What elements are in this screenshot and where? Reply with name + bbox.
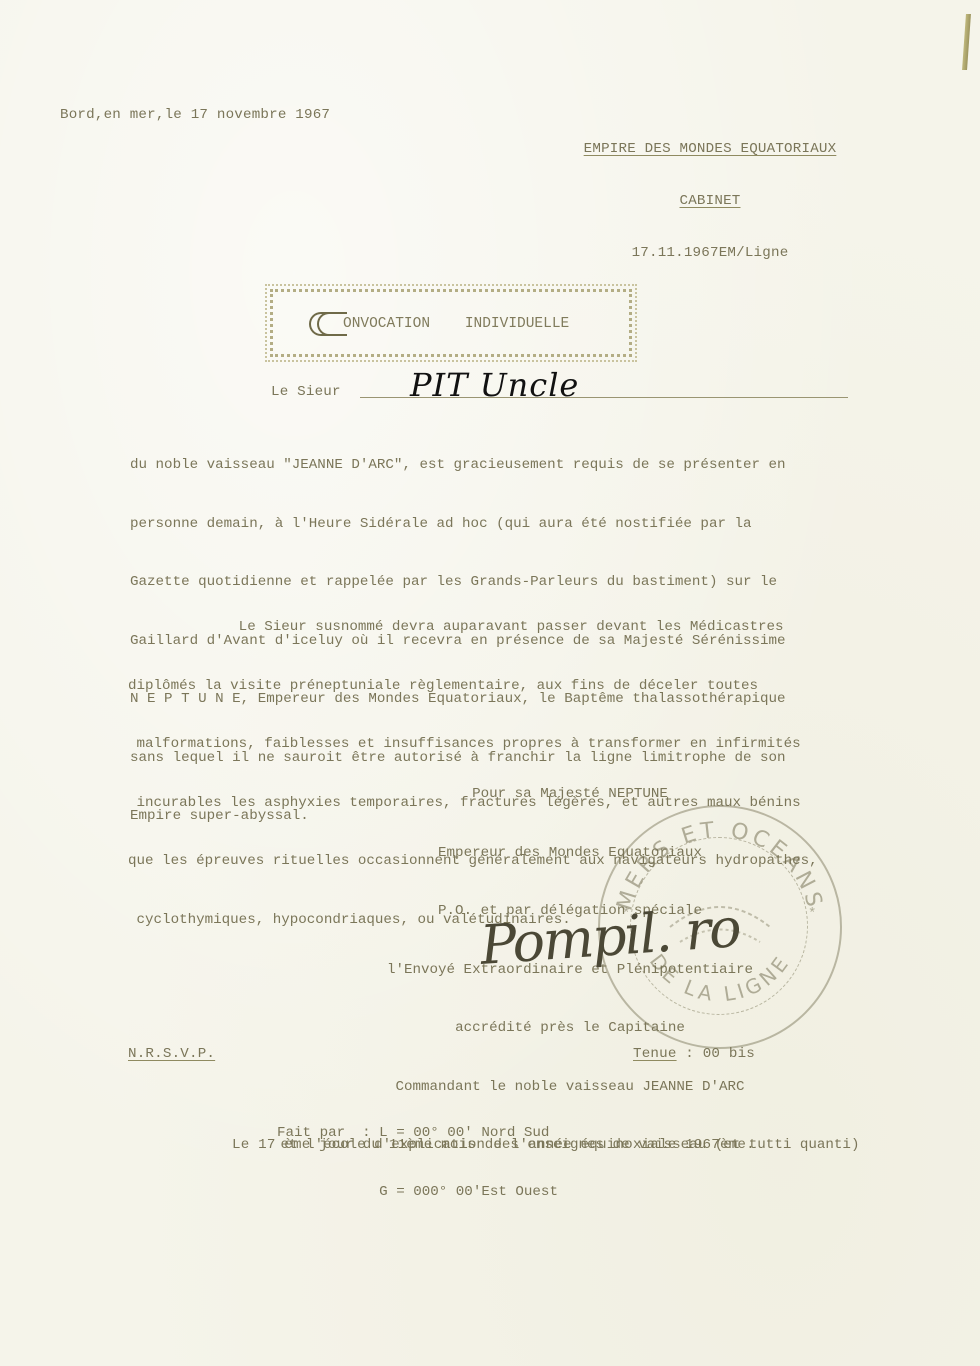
org-department: CABINET — [540, 191, 880, 211]
place-date: Bord,en mer,le 17 novembre 1967 — [60, 107, 330, 123]
document-page: Bord,en mer,le 17 novembre 1967 EMPIRE D… — [0, 0, 980, 1366]
text-line: Le Sieur susnommé devra auparavant passe… — [128, 618, 818, 638]
signature-line: Pour sa Majesté NEPTUNE — [250, 785, 890, 805]
recipient-name: PIT Uncle — [410, 366, 579, 404]
dress-code-value: : 00 bis — [677, 1046, 755, 1062]
text-line: du noble vaisseau "JEANNE D'ARC", est gr… — [130, 456, 786, 476]
convocation-title-box: ONVOCATION INDIVIDUELLE — [270, 289, 632, 357]
longitude-line: G = 000° 00'Est Ouest — [277, 1183, 558, 1203]
issuing-authority: EMPIRE DES MONDES EQUATORIAUX CABINET 17… — [540, 107, 880, 295]
convocation-title: ONVOCATION INDIVIDUELLE — [343, 316, 569, 332]
text-line: diplômés la visite préneptuniale règleme… — [128, 677, 818, 697]
org-name: EMPIRE DES MONDES EQUATORIAUX — [540, 139, 880, 159]
paper-edge-mark — [962, 14, 971, 70]
dress-code-label: Tenue — [633, 1046, 677, 1062]
closing-date-line: Le 17 ème jour du 11ème mois de l'année … — [232, 1137, 755, 1153]
reference-number: 17.11.1967EM/Ligne — [540, 243, 880, 263]
dress-code: Tenue : 00 bis — [633, 1046, 755, 1062]
nrsvp-note: N.R.S.V.P. — [128, 1046, 215, 1062]
recipient-label: Le Sieur — [271, 384, 341, 400]
text-line: personne demain, à l'Heure Sidérale ad h… — [130, 515, 786, 535]
coordinates: Fait par : L = 00° 00' Nord Sud G = 000°… — [277, 1085, 558, 1241]
svg-text:*: * — [808, 906, 816, 922]
